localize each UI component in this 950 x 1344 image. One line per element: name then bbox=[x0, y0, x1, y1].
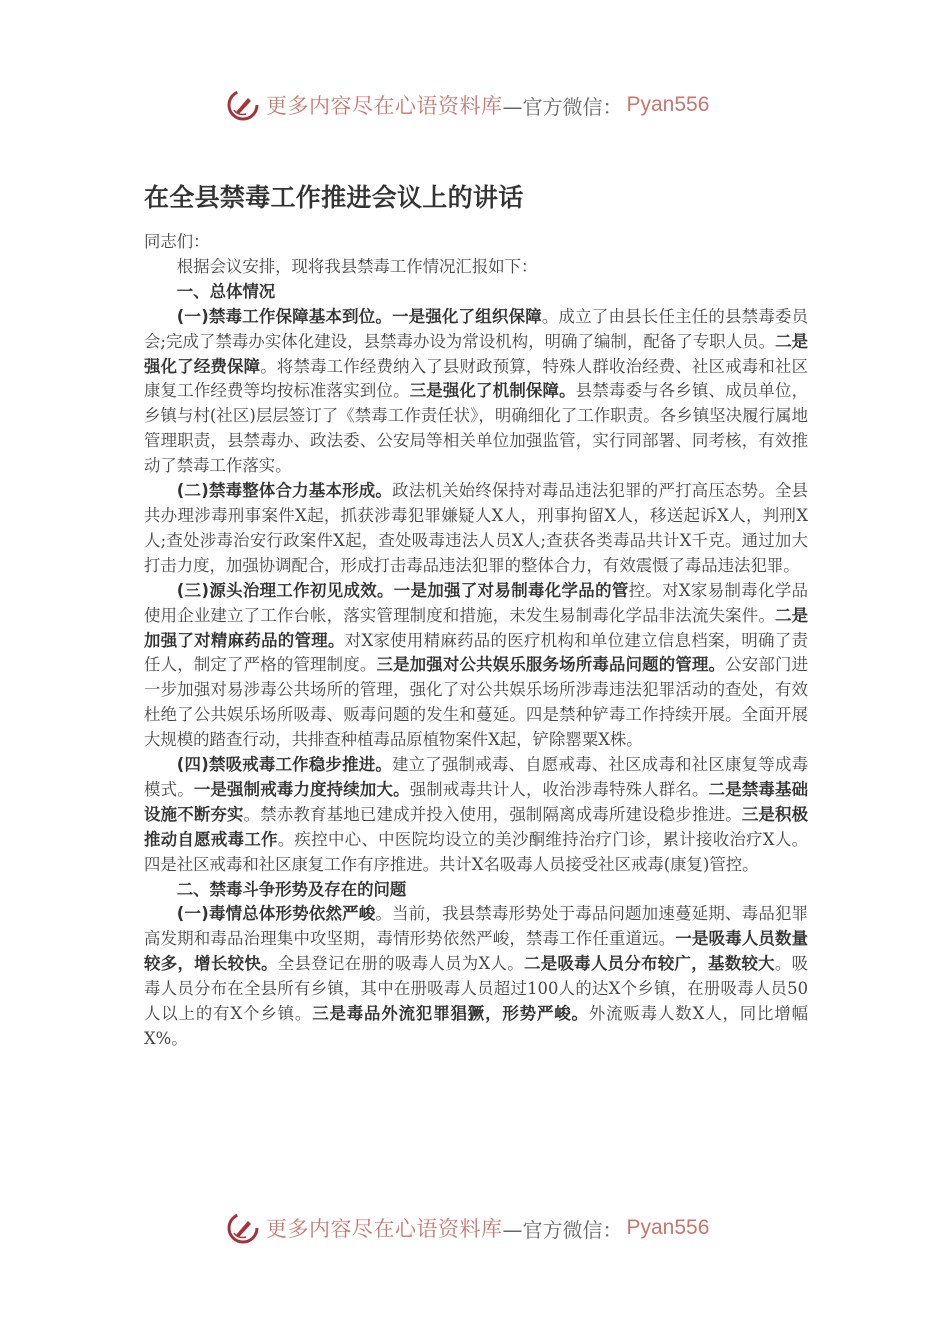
banner-wechat-id: Pyan556 bbox=[627, 93, 710, 117]
bold-phrase: (二)禁毒整体合力基本形成。 bbox=[177, 481, 392, 500]
paragraph-5: (一)毒情总体形势依然严峻。当前，我县禁毒形势处于毒品问题加速蔓延期、毒品犯罪高… bbox=[144, 902, 808, 1051]
paragraph-2: (二)禁毒整体合力基本形成。政法机关始终保持对毒品违法犯罪的严打高压态势。全县共… bbox=[144, 479, 808, 579]
banner-wechat-id: Pyan556 bbox=[627, 1216, 710, 1240]
intro-paragraph: 根据会议安排，现将我县禁毒工作情况汇报如下： bbox=[144, 255, 808, 280]
paragraph-4: (四)禁吸戒毒工作稳步推进。建立了强制戒毒、自愿戒毒、社区成毒和社区康复等成毒模… bbox=[144, 753, 808, 878]
paragraph-1: (一)禁毒工作保障基本到位。一是强化了组织保障。成立了由县长任主任的县禁毒委员会… bbox=[144, 305, 808, 479]
section-heading-2: 二、禁毒斗争形势及存在的问题 bbox=[144, 878, 808, 903]
watermark-banner-bottom: 更多内容尽在心语资料库 —官方微信： Pyan556 bbox=[226, 1208, 709, 1248]
banner-main-text: 更多内容尽在心语资料库 bbox=[266, 1213, 503, 1243]
body-text: 。禁赤教育基地已建成并投入使用，强制隔离成毒所建设稳步推进。 bbox=[244, 805, 742, 824]
bold-phrase: (四)禁吸戒毒工作稳步推进。 bbox=[177, 755, 392, 774]
banner-separator-text: —官方微信： bbox=[503, 91, 623, 120]
bold-phrase: 二是吸毒人员分布较广，基数较大 bbox=[524, 954, 775, 973]
banner-main-text: 更多内容尽在心语资料库 bbox=[266, 90, 503, 120]
body-text: 全县登记在册的吸毒人员为X人。 bbox=[278, 954, 524, 973]
bold-phrase: (一)禁毒工作保障基本到位。一是强化了组织保障 bbox=[177, 307, 542, 326]
document-title: 在全县禁毒工作推进会议上的讲话 bbox=[144, 178, 524, 214]
bold-phrase: (一)毒情总体形势依然严峻 bbox=[177, 904, 376, 923]
section-heading-1: 一、总体情况 bbox=[144, 280, 808, 305]
pen-logo-icon bbox=[226, 88, 260, 122]
bold-phrase: 三是毒品外流犯罪猖獗，形势严峻。 bbox=[312, 1004, 589, 1023]
body-text: 强制戒毒共计人，收治涉毒特殊人群名。 bbox=[410, 780, 709, 799]
bold-phrase: 三是加强对公共娱乐服务场所毒品问题的管理。 bbox=[376, 655, 725, 674]
bold-phrase: 一是强制戒毒力度持续加大。 bbox=[194, 780, 410, 799]
document-body: 同志们： 根据会议安排，现将我县禁毒工作情况汇报如下： 一、总体情况 (一)禁毒… bbox=[144, 230, 808, 1052]
bold-phrase: 三是强化了机制保障。 bbox=[410, 381, 576, 400]
banner-separator-text: —官方微信： bbox=[503, 1214, 623, 1243]
bold-phrase: (三)源头治理工作初见成效。一是加强了对易制毒化学品的管 bbox=[177, 581, 629, 600]
salutation: 同志们： bbox=[144, 230, 808, 255]
watermark-banner-top: 更多内容尽在心语资料库 —官方微信： Pyan556 bbox=[226, 85, 709, 125]
paragraph-3: (三)源头治理工作初见成效。一是加强了对易制毒化学品的管控。对X家易制毒化学品使… bbox=[144, 579, 808, 753]
pen-logo-icon bbox=[226, 1211, 260, 1245]
